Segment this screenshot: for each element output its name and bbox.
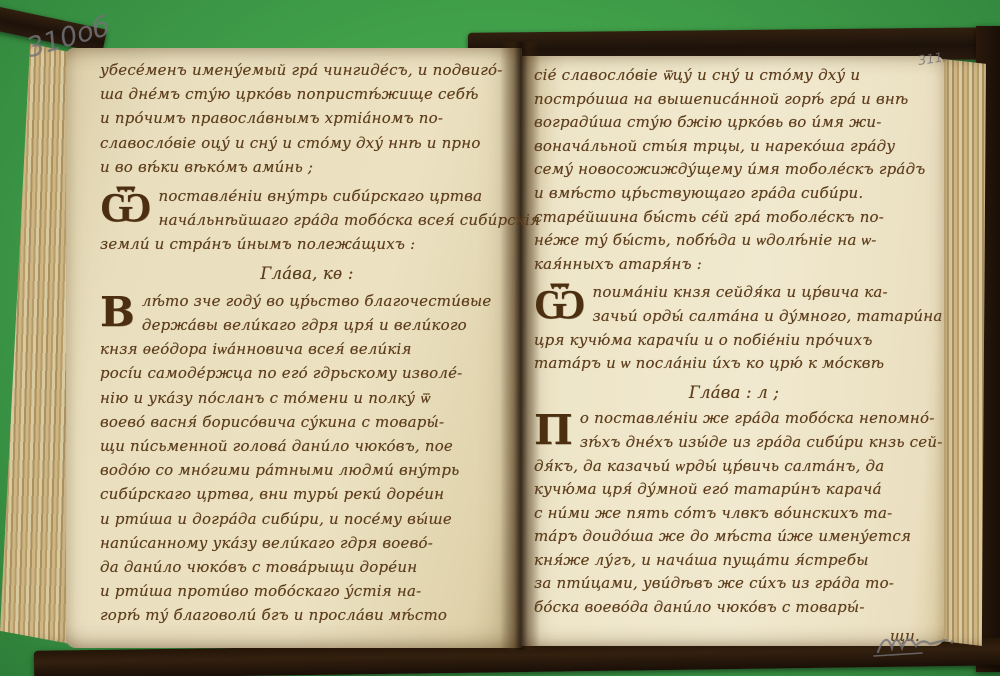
manuscript-line: и во вѣ́ки вѣко́мъ ами́нь ; — [100, 155, 514, 179]
manuscript-line: ша дне́мъ сту́ю црко́вь попристѣ́жище се… — [100, 82, 514, 106]
manuscript-line: о поставле́ніи же гра́да тобо́ска непомн… — [534, 407, 934, 431]
manuscript-line: сиби́рскаго цртва, вни туры́ реки́ доре́… — [100, 482, 514, 506]
pencil-m-flourish-mark — [872, 622, 958, 662]
manuscript-line: воево́ васня́ борисо́вича су́кина с това… — [100, 410, 514, 434]
manuscript-section: По поставле́ніи же гра́да тобо́ска непом… — [534, 407, 934, 619]
manuscript-line: вогради́ша сту́ю бжію црко́вь во и́мя жи… — [534, 111, 934, 135]
manuscript-line: напи́санному ука́зу вели́каго гдря воево… — [100, 531, 514, 555]
manuscript-line: земли́ и стра́нъ и́нымъ полежа́щихъ : — [100, 232, 514, 256]
manuscript-line: кнзя ѳео́дора іѡа́нновича всея́ вели́кія — [100, 337, 514, 361]
manuscript-line: поима́ніи кнзя сейдя́ка и цр́вича ка- — [534, 281, 934, 305]
manuscript-line: сіе́ славосло́віе ѿцу́ и сну́ и сто́му д… — [534, 64, 934, 88]
manuscript-section: Ѿпоима́ніи кнзя сейдя́ка и цр́вича ка-за… — [534, 281, 934, 375]
manuscript-line: и вмѣ́сто цр́ьствующаго гра́да сиби́ри. — [534, 182, 934, 206]
illuminated-initial: Ѿ — [534, 281, 592, 325]
manuscript-line: да дани́ло чюко́въ с това́рыщи доре́ин — [100, 555, 514, 579]
manuscript-section: Влѣ́то зче году́ во цр́ьство благочести́… — [100, 289, 514, 628]
illuminated-initial: П — [534, 407, 580, 451]
manuscript-line: сему́ новосожижду́щему и́мя тоболе́скъ г… — [534, 158, 934, 182]
manuscript-line: славосло́віе оцу́ и сну́ и сто́му дху́ н… — [100, 131, 514, 155]
manuscript-line: держа́вы вели́каго гдря цря́ и вели́кого — [100, 313, 514, 337]
manuscript-line: та́ръ доидо́ша же до мѣ́ста и́же имену́е… — [534, 525, 934, 549]
manuscript-section: сіе́ славосло́віе ѿцу́ и сну́ и сто́му д… — [534, 64, 934, 276]
manuscript-line: цря кучю́ма карачі́и и о побіе́ніи про́ч… — [534, 329, 934, 353]
manuscript-line: и про́чимъ правосла́внымъ хртіа́номъ по- — [100, 106, 514, 130]
manuscript-line: водо́ю со мно́гими ра́тными людми́ вну́т… — [100, 458, 514, 482]
manuscript-line: кня́же лу́гъ, и нача́ша пуща́ти я́стребы — [534, 549, 934, 573]
manuscript-line: нію и ука́зу по́сланъ с то́мени и полку́… — [100, 386, 514, 410]
illuminated-initial: Ѿ — [100, 184, 158, 228]
left-page-text-block: убесе́менъ имену́емый гра́ чингиде́съ, и… — [100, 58, 514, 633]
manuscript-line: убесе́менъ имену́емый гра́ чингиде́съ, и… — [100, 58, 514, 82]
manuscript-line: зачьи́ орды́ салта́на и ду́много, татари… — [534, 305, 934, 329]
manuscript-line: с ни́ми же пять со́тъ члвкъ во́инскихъ т… — [534, 502, 934, 526]
illuminated-initial: В — [100, 289, 142, 333]
manuscript-line: щи пи́сьменной голова́ дани́ло чюко́въ, … — [100, 434, 514, 458]
right-page-text-block: сіе́ славосло́віе ѿцу́ и сну́ и сто́му д… — [534, 64, 934, 653]
manuscript-line: кучю́ма цря́ ду́мной его́ татари́нъ кара… — [534, 478, 934, 502]
manuscript-line: зѣ́хъ дне́хъ изы́де из гра́да сиби́ри кн… — [534, 431, 934, 455]
manuscript-line: постро́иша на вышеписа́нной горѣ́ гра́ и… — [534, 88, 934, 112]
manuscript-line: нача́льнѣйшаго гра́да тобо́ска всея́ сиб… — [100, 208, 514, 232]
manuscript-line: кая́нныхъ атаря́нъ : — [534, 253, 934, 277]
manuscript-line: вонача́льной сты́я трцы, и нареко́ша гра… — [534, 135, 934, 159]
manuscript-line: дя́къ, да казачьи́ ѡрды́ цр́вичь салта́н… — [534, 455, 934, 479]
manuscript-line: лѣ́то зче году́ во цр́ьство благочести́в… — [100, 289, 514, 313]
manuscript-line: старе́йшина бы́сть се́й гра́ тоболе́скъ … — [534, 206, 934, 230]
manuscript-line: и рти́ша проти́во тобо́скаго у́стія на- — [100, 579, 514, 603]
manuscript-photo: убесе́менъ имену́емый гра́ чингиде́съ, и… — [0, 0, 1000, 676]
manuscript-line: росі́и самоде́ржца по его́ гдрьскому изв… — [100, 361, 514, 385]
manuscript-section: убесе́менъ имену́емый гра́ чингиде́съ, и… — [100, 58, 514, 179]
manuscript-line: не́же ту́ бы́сть, побѣ́да и ѡдолѣ́ніе на… — [534, 229, 934, 253]
chapter-heading: Гла́ва : л ; — [534, 381, 934, 405]
manuscript-line: поставле́ніи вну́трь сиби́рскаго цртва — [100, 184, 514, 208]
manuscript-line: тата́ръ и ѡ посла́ніи и́хъ ко црю́ к мо́… — [534, 352, 934, 376]
manuscript-line: и рти́ша и догра́да сиби́ри, и посе́му в… — [100, 507, 514, 531]
manuscript-section: Ѿпоставле́ніи вну́трь сиби́рскаго цртван… — [100, 184, 514, 257]
chapter-heading: Гла́ва, кѳ : — [100, 262, 514, 286]
manuscript-line: горѣ́ ту́ благоволи́ бгъ и просла́ви мѣ́… — [100, 603, 514, 627]
manuscript-line: бо́ска воево́да дани́ло чюко́въ с товары… — [534, 596, 934, 620]
manuscript-line: за пти́цами, уви́дѣвъ же си́хъ из гра́да… — [534, 572, 934, 596]
